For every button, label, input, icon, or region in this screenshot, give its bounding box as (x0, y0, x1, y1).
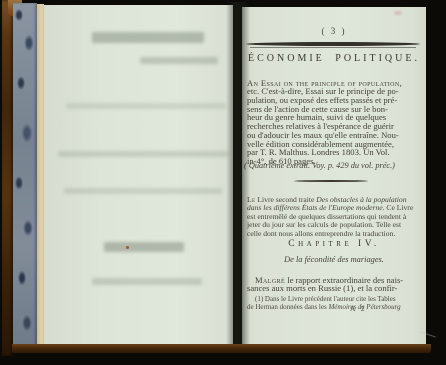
paper-stain (394, 11, 402, 15)
translation-intro-paragraph: Le Livre second traite Des obstacles à l… (247, 196, 424, 239)
entry-body-text: etc. C'est-à-dire, Essai sur le principe… (247, 86, 399, 166)
chapter-heading: Chapitre IV. (242, 239, 426, 249)
showthrough-line (66, 103, 226, 109)
book-photograph: ( 3 ) ÉCONOMIE POLITIQUE. An Essai on th… (0, 0, 446, 365)
showthrough-line (92, 278, 202, 285)
extract-reference-line: ( Quatrième extrait. Voy. p. 429 du vol.… (244, 161, 424, 170)
signature-mark: A 2 (350, 304, 367, 313)
page-number: ( 3 ) (242, 26, 426, 36)
gutter-shadow (226, 2, 250, 346)
review-entry-paragraph: An Essai on the principle of population,… (247, 79, 423, 166)
headpiece-swelled-rule (246, 42, 420, 46)
page-block-edge (37, 4, 44, 346)
chapter-subtitle: De la fécondité des mariages. (242, 255, 426, 264)
showthrough-line (64, 188, 222, 194)
bottom-board-edge (12, 344, 431, 353)
showthrough-line (58, 151, 228, 157)
footnote: (1) Dans le Livre précédent l'auteur cit… (247, 296, 423, 312)
showthrough-title-smudge (92, 32, 204, 43)
showthrough-smudge (104, 242, 184, 252)
section-title: ÉCONOMIE POLITIQUE. (242, 53, 426, 64)
verso-blank-page (44, 5, 233, 344)
chapter-opening-paragraph: Malgré le rapport extraordinaire des nai… (247, 276, 423, 294)
recto-text-page: ( 3 ) ÉCONOMIE POLITIQUE. An Essai on th… (242, 7, 426, 346)
divider-rule (294, 180, 368, 182)
paper-fleck (126, 246, 129, 249)
showthrough-line (140, 57, 218, 64)
marbled-endpaper-edge (13, 3, 37, 349)
headpiece-hairline-rule (250, 47, 416, 48)
